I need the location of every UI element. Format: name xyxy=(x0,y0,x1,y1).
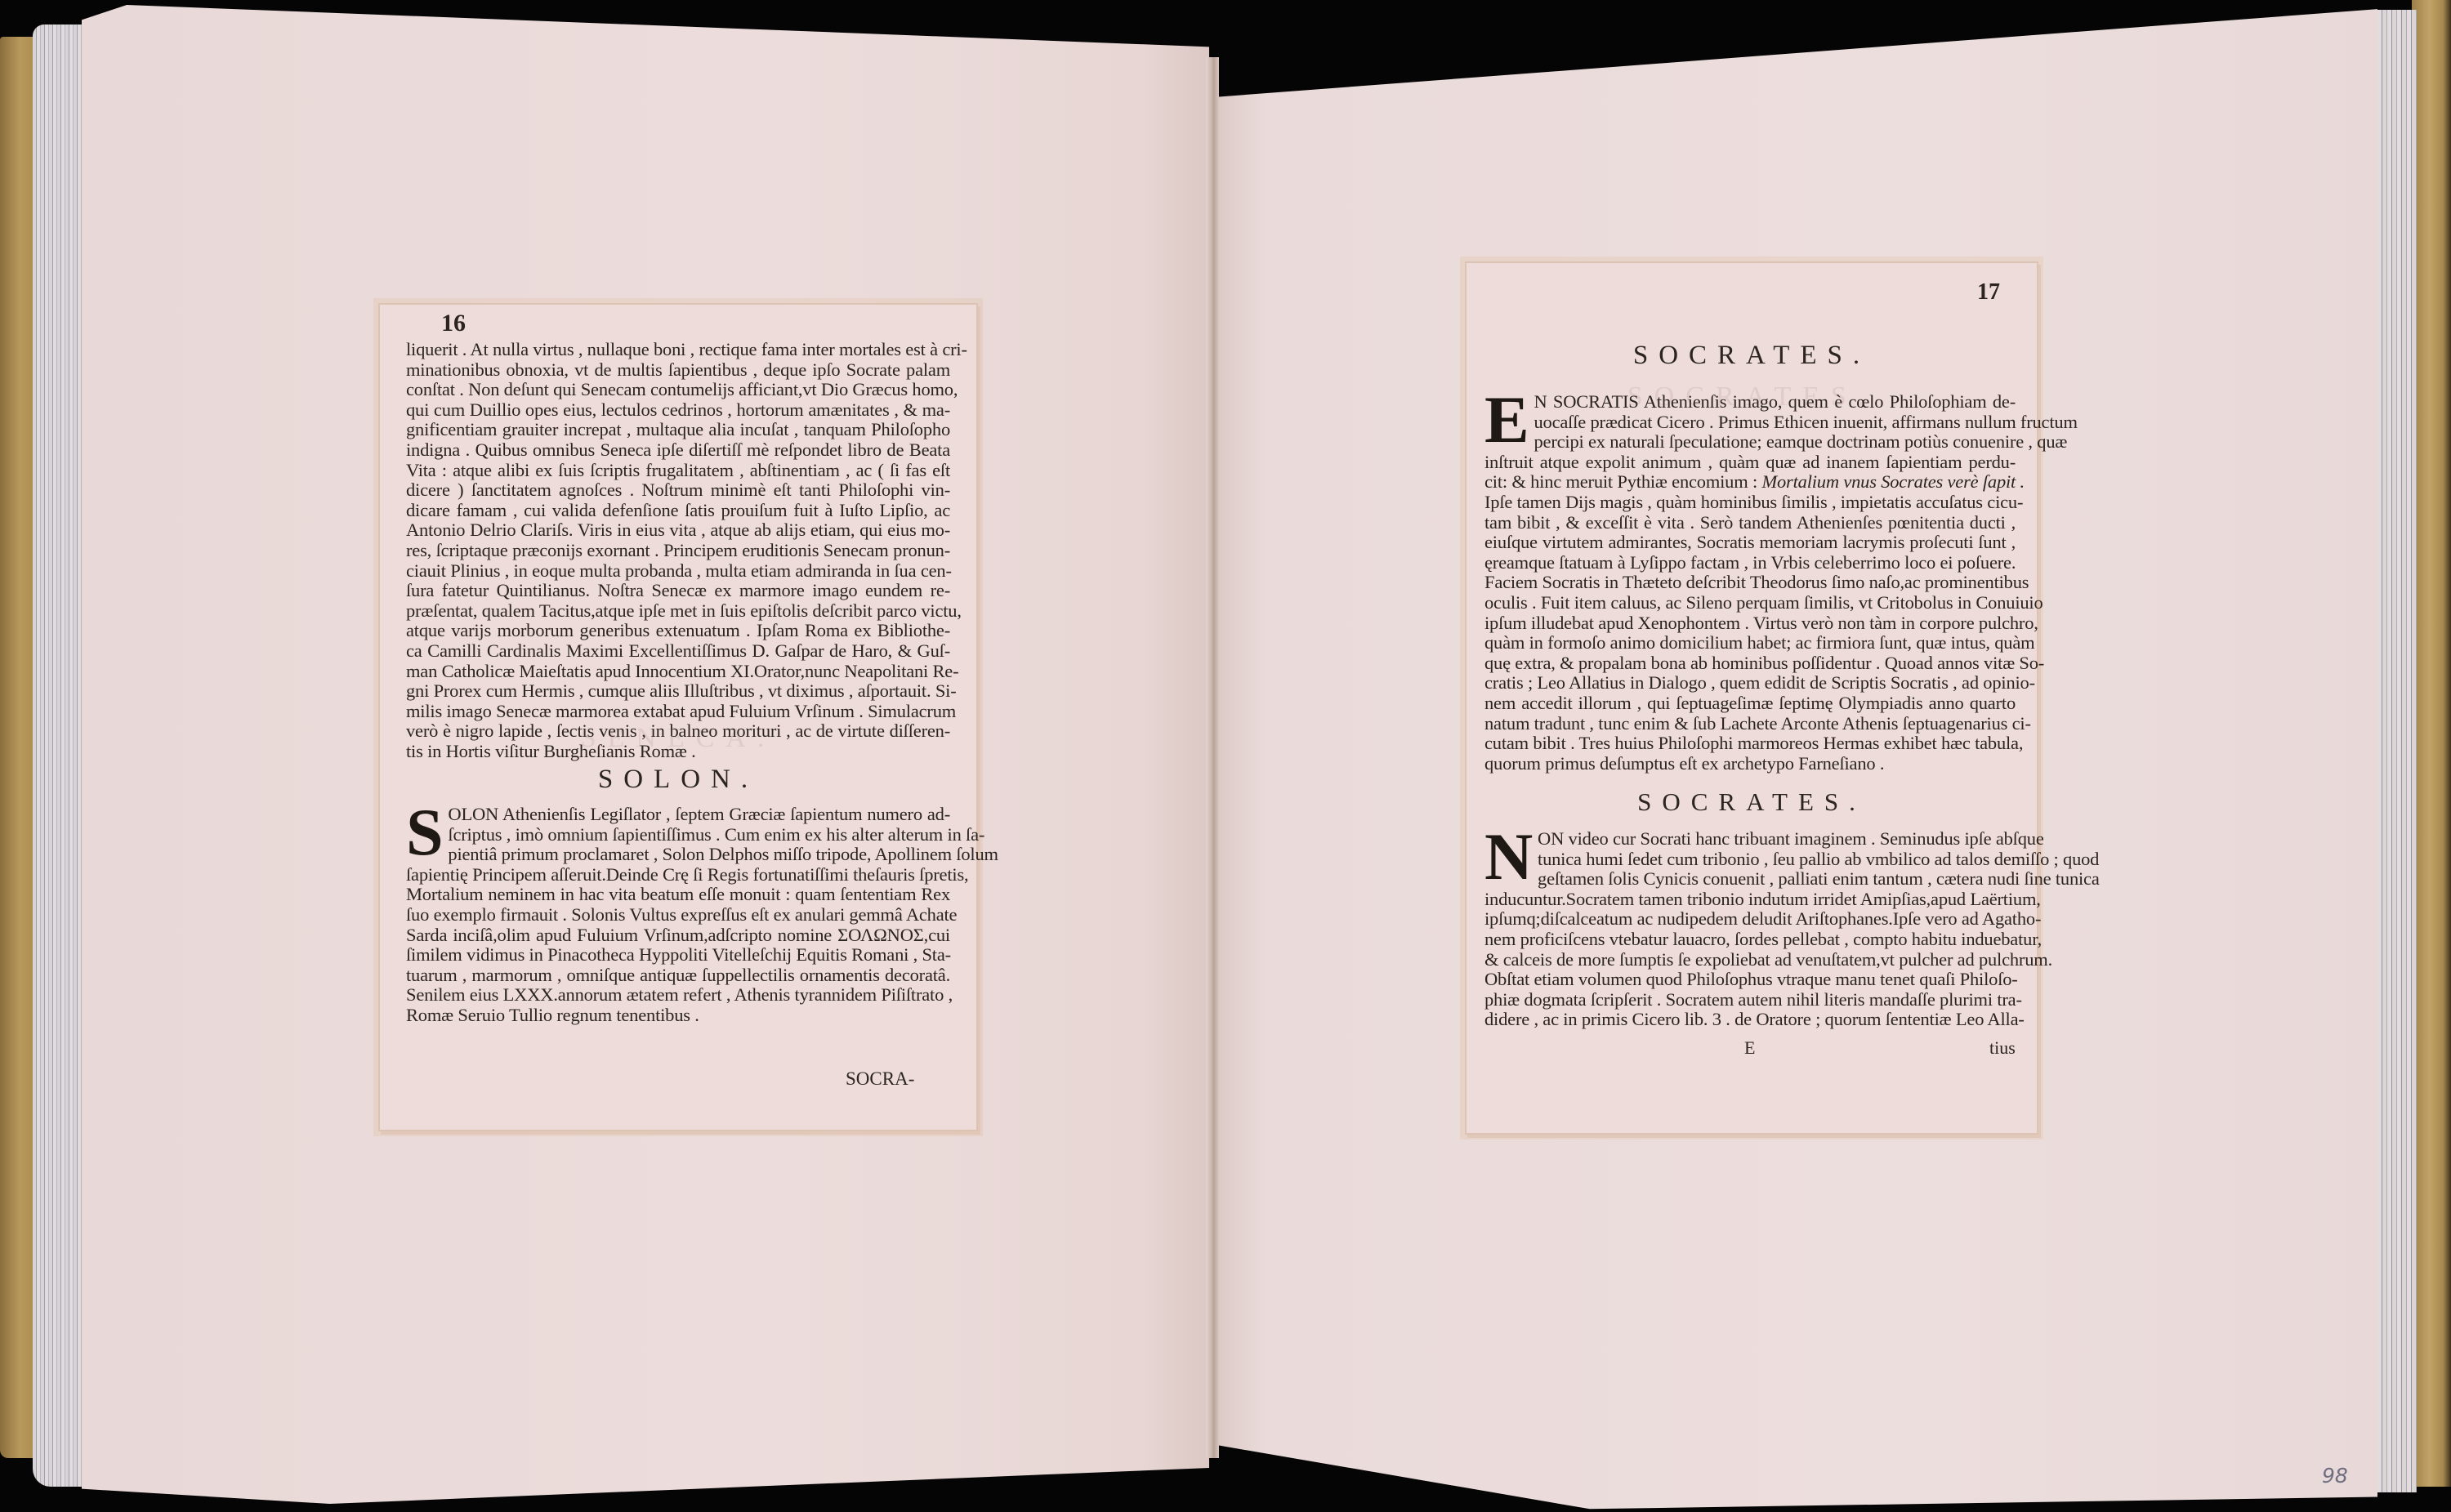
book-gutter xyxy=(1206,57,1219,1458)
text-line: ſura fatetur Quintilianus. Noſtra Senecæ… xyxy=(406,581,950,601)
show-through-text: SENECA. xyxy=(380,723,976,754)
text-line: inducuntur.Socratem tamen tribonio indut… xyxy=(1484,890,2016,910)
text-line: quę extra, & propalam bona ab hominibus … xyxy=(1484,653,2016,674)
text-line: cutam bibit . Tres huius Philoſophi marm… xyxy=(1484,734,2016,754)
socrates-paragraph-2: N ON video cur Socrati hanc tribuant ima… xyxy=(1484,829,2016,1030)
text-line: Mortalium neminem in hac vita beatum eſſ… xyxy=(406,885,950,905)
text-line: nem accedit illorum , qui ſeptuageſimæ ſ… xyxy=(1484,694,2016,714)
socrates-paragraph-1: E N SOCRATIS Athenienſis imago, quem è c… xyxy=(1484,392,2016,774)
text-line: & calceis de more ſumptis ſe expoliebat … xyxy=(1484,950,2016,970)
text-line: indigna . Quibus omnibus Seneca ipſe diſ… xyxy=(406,440,950,461)
text-line: percipi ex naturali ſpeculatione; eamque… xyxy=(1484,432,2016,453)
text-line: tuarum , marmorum , omniſque antiquæ ſup… xyxy=(406,966,950,986)
catchword: SOCRA- xyxy=(846,1068,914,1090)
text-line: dicere ) ſanctitatem agnoſces . Noſtrum … xyxy=(406,480,950,501)
text-line: ſcriptus , imò omnium ſapientiſſimus . C… xyxy=(406,825,950,845)
signature-mark: E xyxy=(1744,1037,1755,1059)
text-line: natum tradunt , tunc enim & ſub Lachete … xyxy=(1484,714,2016,734)
text-line: ęreamque ſtatuam à Lyſippo factam , in V… xyxy=(1484,553,2016,573)
text-line: Antonio Delrio Clariſs. Viris in eius vi… xyxy=(406,520,950,541)
text-line: Senilem eius LXXX.annorum ætatem refert … xyxy=(406,985,950,1006)
left-printed-sheet: 16 liquerit . At nulla virtus , nullaque… xyxy=(378,303,978,1131)
text-line: inſtruit atque expolit animum , quàm quæ… xyxy=(1484,453,2016,473)
text-line: Ipſe tamen Dijs magis , quàm hominibus ſ… xyxy=(1484,493,2016,513)
text-line: Faciem Socratis in Thæteto deſcribit The… xyxy=(1484,573,2016,593)
text-line: atque varijs morborum generibus extenuat… xyxy=(406,621,950,641)
text-line: qui cum Duillio opes eius, lectulos cedr… xyxy=(406,400,950,421)
drop-cap: S xyxy=(406,806,443,859)
text-line: ca Camilli Cardinalis Maximi Excellentiſ… xyxy=(406,641,950,662)
text-line: geſtamen ſolis Cynicis conuenit , pallia… xyxy=(1484,869,2016,890)
section-heading-socrates-1: SOCRATES. xyxy=(1467,341,2037,371)
text-line: Romæ Seruio Tullio regnum tenentibus . xyxy=(406,1006,950,1026)
text-line: pientiâ primum proclamaret , Solon Delph… xyxy=(406,845,950,865)
text-line: eiuſque virtutem admirantes, Socratis me… xyxy=(1484,533,2016,553)
text-line: præſentat, qualem Tacitus,atque ipſe met… xyxy=(406,601,950,622)
text-line: milis imago Senecæ marmorea extabat apud… xyxy=(406,702,950,722)
text-line: nem proficiſcens vtebatur lauacro, ſorde… xyxy=(1484,930,2016,950)
text-line: tam bibit , & exceſſit è vita . Serò tan… xyxy=(1484,513,2016,533)
text-line: ipſumq;diſcalceatum ac nudipedem deludit… xyxy=(1484,909,2016,930)
right-printed-sheet: 17 SOCRATES. SOCRATES. E N SOCRATIS Athe… xyxy=(1465,261,2038,1135)
text-line: conſtat . Non deſunt qui Senecam contume… xyxy=(406,380,950,400)
pencil-folio-number: 98 xyxy=(2322,1464,2348,1487)
page-edges-right xyxy=(2377,10,2417,1492)
text-line: N SOCRATIS Athenienſis imago, quem è cœl… xyxy=(1484,392,2016,413)
text-line: Vita : atque alibi ex ſuis ſcriptis frug… xyxy=(406,461,950,481)
text-line: dicare famam , cui valida defenſione ſat… xyxy=(406,501,950,521)
page-number: 17 xyxy=(1977,279,2000,306)
text-line: gni Prorex cum Hermis , cumque aliis Ill… xyxy=(406,681,950,702)
text-line: cratis ; Leo Allatius in Dialogo , quem … xyxy=(1484,673,2016,694)
book-cover-right xyxy=(2412,0,2451,1487)
text-line: OLON Athenienſis Legiſlator , ſeptem Græ… xyxy=(406,805,950,825)
text-line: tunica humi ſedet cum tribonio , ſeu pal… xyxy=(1484,850,2016,870)
text-line: Sarda inciſâ,olim apud Fuluium Vrſinum,a… xyxy=(406,925,950,946)
text-line: res, ſcriptaque præconijs exornant . Pri… xyxy=(406,541,950,561)
drop-cap: E xyxy=(1484,394,1529,446)
text-line: oculis . Fuit item caluus, ac Sileno per… xyxy=(1484,593,2016,613)
text-line: phiæ dogmata ſcripſerit . Socratem autem… xyxy=(1484,990,2016,1010)
text-line: ciauit Plinius , in eoque multa probanda… xyxy=(406,561,950,582)
page-edges-left xyxy=(33,25,83,1487)
solon-paragraph: S OLON Athenienſis Legiſlator , ſeptem G… xyxy=(406,805,950,1026)
text-line: didere , ac in primis Cicero lib. 3 . de… xyxy=(1484,1010,2016,1030)
catchword: tius xyxy=(1989,1037,2016,1059)
text-line: liquerit . At nulla virtus , nullaque bo… xyxy=(406,340,950,360)
text-line: quàm in formoſo animo domicilium habet; … xyxy=(1484,633,2016,653)
text-line: ON video cur Socrati hanc tribuant imagi… xyxy=(1484,829,2016,850)
text-line: cit: & hinc meruit Pythiæ encomium : Mor… xyxy=(1484,472,2016,493)
seneca-continuation-text: liquerit . At nulla virtus , nullaque bo… xyxy=(406,340,950,761)
text-line: Obſtat etiam volumen quod Philoſophus vt… xyxy=(1484,970,2016,990)
text-line: ipſum illudebat apud Xenophontem . Virtu… xyxy=(1484,613,2016,634)
text-line: ſuo exemplo firmauit . Solonis Vultus ex… xyxy=(406,905,950,925)
section-heading-socrates-2: SOCRATES. xyxy=(1467,787,2037,817)
text-line: ſapientię Principem aſſeruit.Deinde Crę … xyxy=(406,865,950,885)
text-line: quorum primus deſumptus eſt ex archetypo… xyxy=(1484,754,2016,774)
text-line: uocaſſe prædicat Cicero . Primus Ethicen… xyxy=(1484,413,2016,433)
text-line: man Catholicæ Maieſtatis apud Innocentiu… xyxy=(406,662,950,682)
text-line: minationibus obnoxia, vt de multis ſapie… xyxy=(406,360,950,381)
text-line: gnificentiam grauiter increpat , multaqu… xyxy=(406,420,950,440)
italic-quote: Mortalium vnus Socrates verè ſapit . xyxy=(1761,471,2025,492)
drop-cap: N xyxy=(1484,831,1533,883)
page-number: 16 xyxy=(441,310,466,337)
text-line: ſimilem vidimus in Pinacotheca Hyppoliti… xyxy=(406,945,950,966)
section-heading-solon: SOLON. xyxy=(380,765,976,795)
